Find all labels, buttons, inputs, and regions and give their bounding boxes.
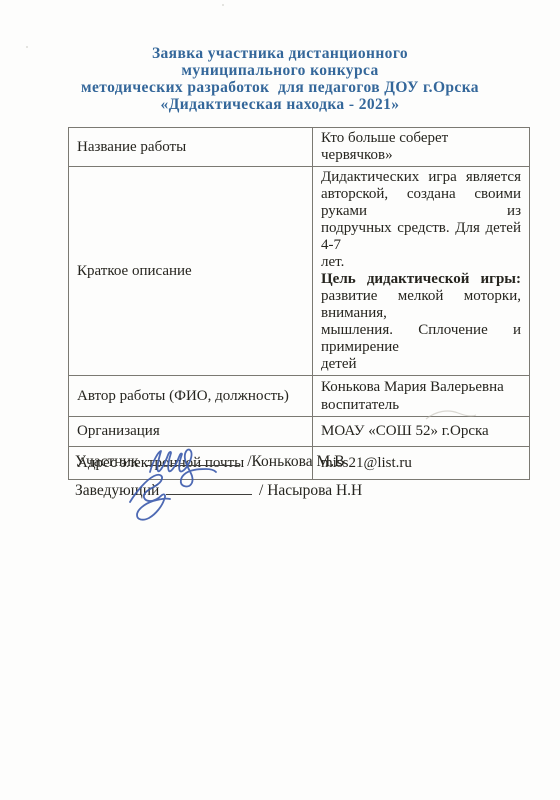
description-line: лет. bbox=[321, 254, 521, 271]
description-line: авторской, создана своими руками из bbox=[321, 186, 521, 220]
author-label: Автор работы (ФИО, должность) bbox=[69, 376, 313, 417]
description-line: мышления. Сплочение и примирение bbox=[321, 322, 521, 356]
participant-label: Участник bbox=[75, 453, 138, 470]
organization-label: Организация bbox=[69, 417, 313, 447]
scanned-application-page: Заявка участника дистанционного муниципа… bbox=[0, 0, 560, 800]
description-goal-line: Цель дидактической игры: bbox=[321, 271, 521, 288]
description-value: Дидактических игра является авторской, с… bbox=[313, 167, 530, 376]
form-title: Заявка участника дистанционного муниципа… bbox=[0, 45, 560, 113]
organization-value: МОАУ «СОШ 52» г.Орска bbox=[313, 417, 530, 447]
author-value: Конькова Мария Валерьевна воспитатель bbox=[313, 376, 530, 417]
work-title-label: Название работы bbox=[69, 128, 313, 167]
table-row-work-title: Название работы Кто больше соберет червя… bbox=[69, 128, 530, 167]
head-label: Заведующий bbox=[75, 482, 159, 499]
description-label: Краткое описание bbox=[69, 167, 313, 376]
participant-signature-line bbox=[145, 462, 240, 466]
head-signature-row: Заведующий / Насырова Н.Н bbox=[75, 481, 362, 500]
application-table: Название работы Кто больше соберет червя… bbox=[68, 127, 530, 480]
email-value: miss21@list.ru bbox=[313, 447, 530, 480]
description-line: подручных средств. Для детей 4-7 bbox=[321, 220, 521, 254]
participant-name: /Конькова М.В bbox=[247, 453, 344, 470]
description-line: развитие мелкой моторки, внимания, bbox=[321, 288, 521, 322]
scan-speck bbox=[26, 46, 28, 48]
description-line: детей bbox=[321, 356, 521, 373]
scan-speck bbox=[222, 4, 224, 6]
table-row-description: Краткое описание Дидактических игра явля… bbox=[69, 167, 530, 376]
participant-signature-row: Участник /Конькова М.В bbox=[75, 452, 345, 471]
head-name: / Насырова Н.Н bbox=[259, 482, 362, 499]
description-line: Дидактических игра является bbox=[321, 169, 521, 186]
head-signature-line bbox=[166, 491, 252, 495]
scan-artifact-squiggle bbox=[424, 407, 479, 425]
work-title-value: Кто больше соберет червячков» bbox=[313, 128, 530, 167]
